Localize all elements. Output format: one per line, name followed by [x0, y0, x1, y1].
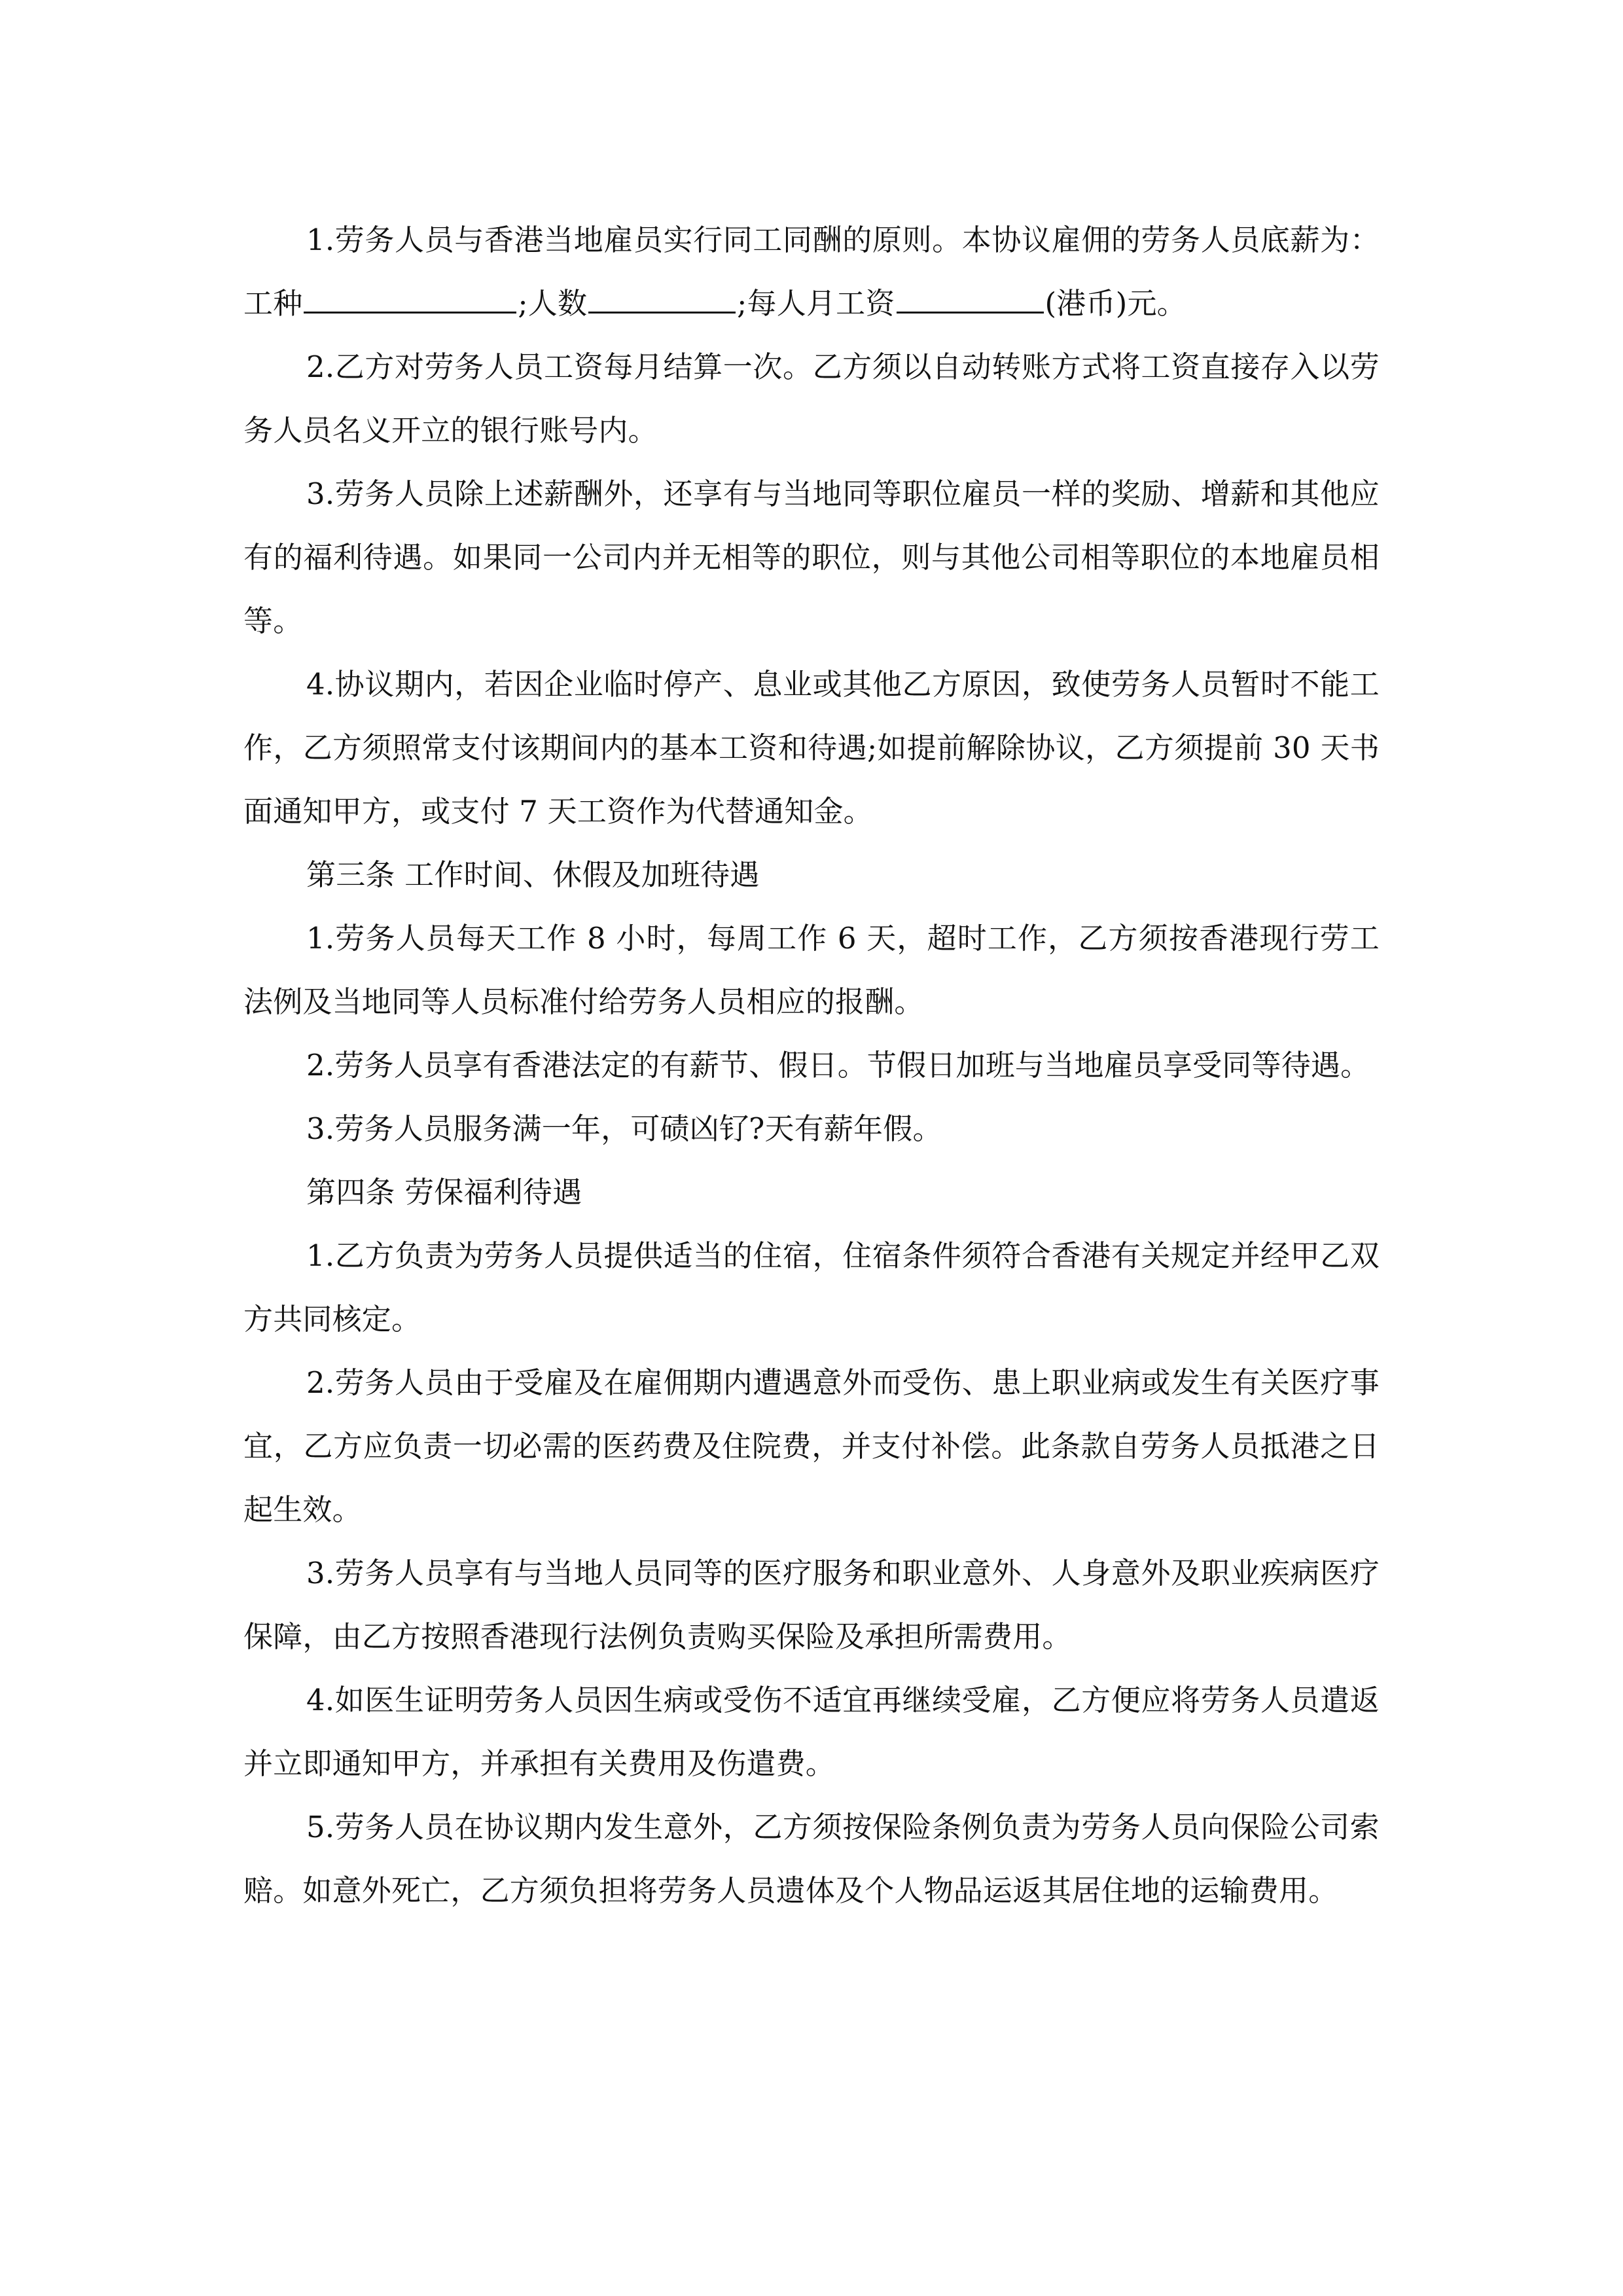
clause-accommodation: 1.乙方负责为劳务人员提供适当的住宿，住宿条件须符合香港有关规定并经甲乙双方共同…	[243, 1224, 1380, 1351]
clause-benefits: 3.劳务人员除上述薪酬外，还享有与当地同等职位雇员一样的奖励、增薪和其他应有的福…	[243, 462, 1380, 653]
blank-job-type-field[interactable]	[304, 285, 516, 314]
clause-medical-insurance: 3.劳务人员享有与当地人员同等的医疗服务和职业意外、人身意外及职业疾病医疗保障，…	[243, 1541, 1380, 1668]
clause-text: ;人数	[518, 286, 587, 321]
section-heading-article-4: 第四条 劳保福利待遇	[243, 1160, 1380, 1224]
section-heading-article-3: 第三条 工作时间、休假及加班待遇	[243, 843, 1380, 906]
clause-injury-medical: 2.劳务人员由于受雇及在雇佣期内遭遇意外而受伤、患上职业病或发生有关医疗事宜，乙…	[243, 1351, 1380, 1541]
clause-text: ;每人月工资	[737, 286, 895, 321]
blank-monthly-wage-field[interactable]	[897, 285, 1044, 314]
clause-repatriation: 4.如医生证明劳务人员因生病或受伤不适宜再继续受雇，乙方便应将劳务人员遣返并立即…	[243, 1668, 1380, 1795]
clause-wage-settlement: 2.乙方对劳务人员工资每月结算一次。乙方须以自动转账方式将工资直接存入以劳务人员…	[243, 335, 1380, 462]
clause-suspension-termination: 4.协议期内，若因企业临时停产、息业或其他乙方原因，致使劳务人员暂时不能工作，乙…	[243, 653, 1380, 843]
clause-accident-claims: 5.劳务人员在协议期内发生意外，乙方须按保险条例负责为劳务人员向保险公司索赔。如…	[243, 1795, 1380, 1922]
clause-wage-principle: 1.劳务人员与香港当地雇员实行同工同酬的原则。本协议雇佣的劳务人员底薪为：工种;…	[243, 208, 1380, 335]
clause-holidays: 2.劳务人员享有香港法定的有薪节、假日。节假日加班与当地雇员享受同等待遇。	[243, 1033, 1380, 1097]
clause-annual-leave: 3.劳务人员服务满一年，可碛凶钌?天有薪年假。	[243, 1097, 1380, 1160]
clause-text: (港币)元。	[1045, 286, 1186, 321]
blank-headcount-field[interactable]	[588, 285, 736, 314]
clause-working-hours: 1.劳务人员每天工作 8 小时，每周工作 6 天，超时工作，乙方须按香港现行劳工…	[243, 906, 1380, 1033]
document-page: 1.劳务人员与香港当地雇员实行同工同酬的原则。本协议雇佣的劳务人员底薪为：工种;…	[243, 208, 1380, 1922]
